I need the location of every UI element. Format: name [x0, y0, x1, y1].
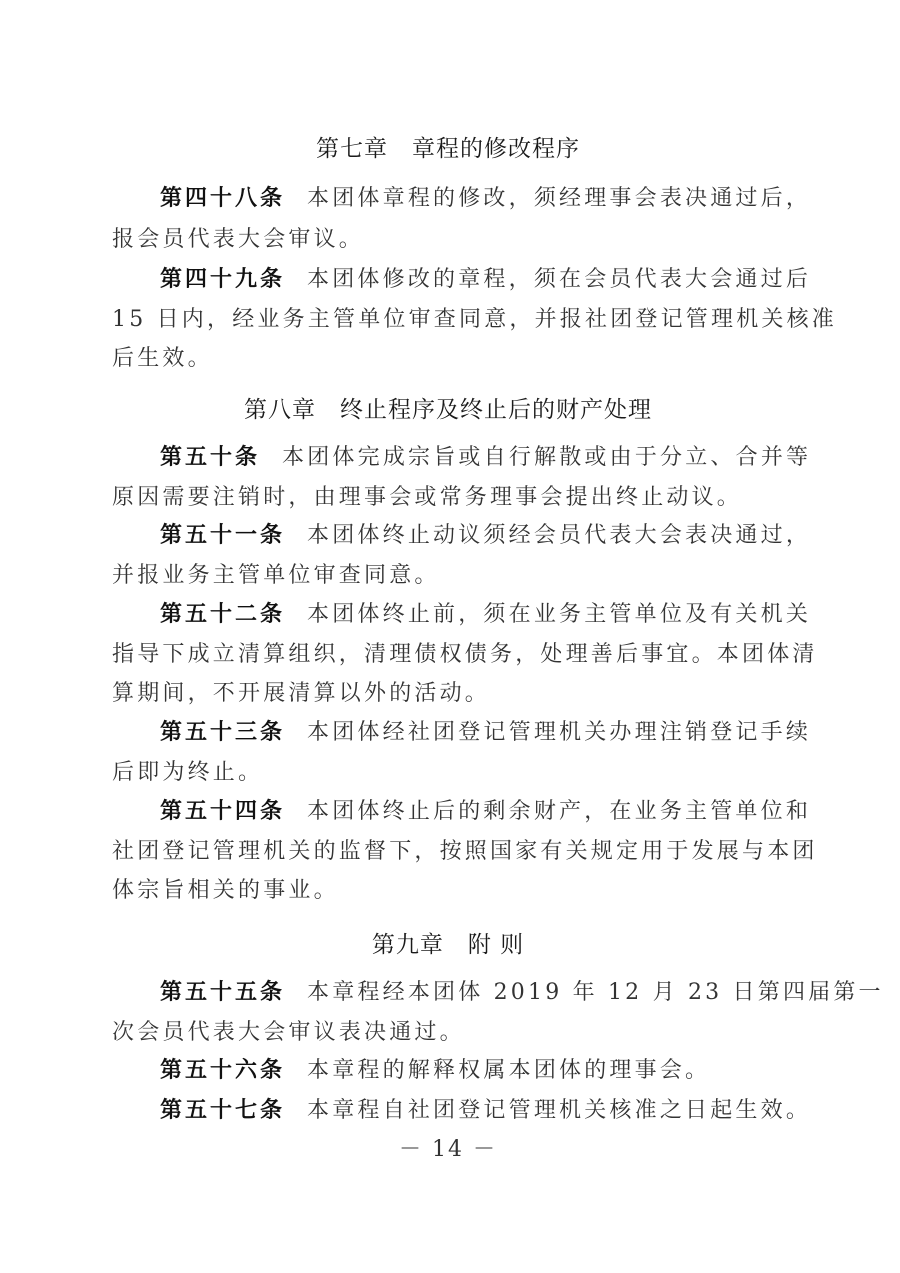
- article-label: 第五十二条: [160, 602, 285, 627]
- article-label: 第四十八条: [160, 186, 285, 211]
- article-label: 第五十四条: [160, 799, 285, 824]
- article-text-line: 后生效。: [112, 341, 784, 372]
- article-text-line: 次会员代表大会审议表决通过。: [112, 1015, 784, 1046]
- article-text-line: 社团登记管理机关的监督下，按照国家有关规定用于发展与本团: [112, 834, 784, 865]
- article-text-line: 指导下成立清算组织，清理债权债务，处理善后事宜。本团体清: [112, 637, 784, 668]
- article-49: 第四十九条本团体修改的章程，须在会员代表大会通过后: [112, 262, 784, 293]
- article-text: 本团体完成宗旨或自行解散或由于分立、合并等: [282, 445, 811, 470]
- article-text-line: 算期间，不开展清算以外的活动。: [112, 676, 784, 707]
- article-label: 第五十一条: [160, 523, 285, 548]
- article-text: 本团体终止动议须经会员代表大会表决通过，: [307, 523, 811, 548]
- article-label: 第五十六条: [160, 1058, 285, 1083]
- article-text: 本章程的解释权属本团体的理事会。: [307, 1058, 710, 1083]
- article-55: 第五十五条本章程经本团体 2019 年 12 月 23 日第四届第一: [112, 975, 784, 1006]
- page-number: － 14 －: [112, 1132, 784, 1163]
- article-text: 本团体终止前，须在业务主管单位及有关机关: [307, 602, 811, 627]
- article-54: 第五十四条本团体终止后的剩余财产，在业务主管单位和: [112, 794, 784, 825]
- article-label: 第五十三条: [160, 720, 285, 745]
- article-label: 第五十条: [160, 445, 260, 470]
- article-52: 第五十二条本团体终止前，须在业务主管单位及有关机关: [112, 597, 784, 628]
- article-text-line: 报会员代表大会审议。: [112, 222, 784, 253]
- article-53: 第五十三条本团体经社团登记管理机关办理注销登记手续: [112, 715, 784, 746]
- article-text: 本团体修改的章程，须在会员代表大会通过后: [307, 267, 811, 292]
- article-text-line: 体宗旨相关的事业。: [112, 873, 784, 904]
- article-text: 本团体章程的修改，须经理事会表决通过后，: [307, 186, 811, 211]
- article-57: 第五十七条本章程自社团登记管理机关核准之日起生效。: [112, 1093, 784, 1124]
- article-text: 本章程经本团体 2019 年 12 月 23 日第四届第一: [307, 980, 884, 1005]
- article-label: 第四十九条: [160, 267, 285, 292]
- article-text-line: 并报业务主管单位审查同意。: [112, 558, 784, 589]
- article-label: 第五十五条: [160, 980, 285, 1005]
- article-text-line: 后即为终止。: [112, 755, 784, 786]
- article-text: 本章程自社团登记管理机关核准之日起生效。: [307, 1098, 811, 1123]
- article-51: 第五十一条本团体终止动议须经会员代表大会表决通过，: [112, 518, 784, 549]
- article-50: 第五十条本团体完成宗旨或自行解散或由于分立、合并等: [112, 440, 784, 471]
- article-48: 第四十八条本团体章程的修改，须经理事会表决通过后，: [112, 181, 784, 212]
- article-text-line: 原因需要注销时，由理事会或常务理事会提出终止动议。: [112, 480, 784, 511]
- article-text-line: 15 日内，经业务主管单位审查同意，并报社团登记管理机关核准: [112, 302, 784, 333]
- article-text: 本团体经社团登记管理机关办理注销登记手续: [307, 720, 811, 745]
- article-text: 本团体终止后的剩余财产，在业务主管单位和: [307, 799, 811, 824]
- article-56: 第五十六条本章程的解释权属本团体的理事会。: [112, 1053, 784, 1084]
- chapter-title: 第八章 终止程序及终止后的财产处理: [112, 391, 784, 424]
- article-label: 第五十七条: [160, 1098, 285, 1123]
- chapter-title: 第九章 附 则: [112, 926, 784, 959]
- chapter-title: 第七章 章程的修改程序: [112, 130, 784, 163]
